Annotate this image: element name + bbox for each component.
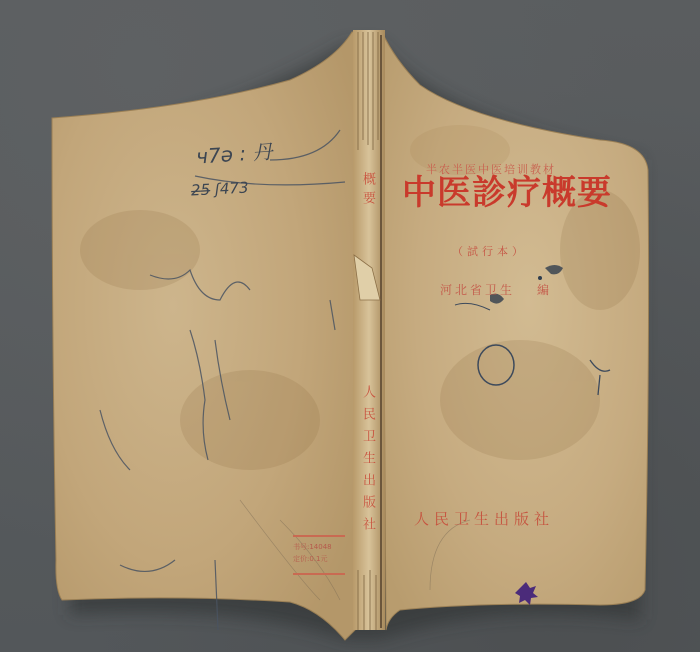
stamp-book-number: 书号:14048 [293,541,345,553]
publisher-name: 人民卫生出版社 [414,512,554,527]
spine-title: 概要 [363,172,377,210]
handwritten-note-line1: ч7ǝ : 丹 [195,135,273,169]
handwritten-note-line2: 2̶5̶ ʃ473 [191,179,249,200]
edition-label: （試行本） [452,246,527,257]
editor-suffix: 編 [537,283,552,297]
spine-publisher: 人民卫生出版社 [363,385,377,539]
editor-name: 河北省卫生 [440,283,515,297]
book-illustration [0,0,700,652]
editor-line: 河北省卫生編 [440,284,552,296]
book-title: 中医診疗概要 [402,176,612,210]
front-cover [382,32,649,630]
stamp-price: 定价:0.1元 [293,553,345,565]
price-stamp: 书号:14048 定价:0.1元 [293,535,345,575]
